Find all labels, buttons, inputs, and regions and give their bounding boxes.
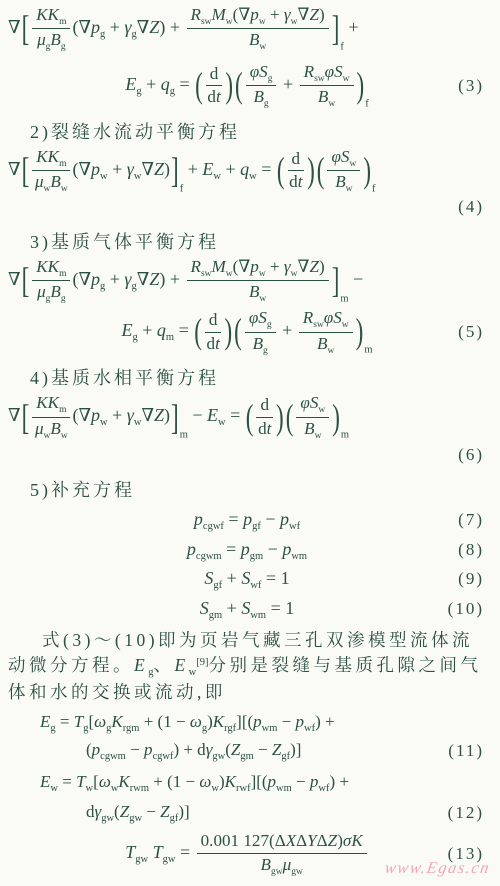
- math-run: E: [202, 159, 213, 179]
- math-run: t: [267, 419, 272, 438]
- delimiter: (: [316, 153, 326, 189]
- delimiter: (: [193, 314, 203, 350]
- math-run: (∇: [233, 257, 251, 276]
- math-run: φS: [300, 393, 318, 412]
- fraction-denominator: Bw: [249, 281, 266, 304]
- math-run: Z: [328, 831, 338, 850]
- subscript: sw: [313, 320, 324, 330]
- site-watermark: www.Egas.cn: [383, 858, 492, 878]
- math-run: =: [226, 405, 245, 425]
- body-paragraph-line-2: 动微分方程。Eg、Ew[9]分别是裂缝与基质孔隙之间气: [0, 652, 500, 679]
- equation-content: Eg = Tg[ωgKrgm + (1 − ωg)Krgf][(pwm − pw…: [40, 712, 335, 735]
- subscript: m: [59, 405, 66, 415]
- delimiter: ]: [170, 399, 180, 435]
- delimiter: [: [21, 11, 31, 47]
- subscript: cgwm: [100, 751, 126, 762]
- math-run: d: [207, 334, 216, 353]
- math-run: μ: [35, 172, 44, 191]
- math-run: B: [253, 334, 263, 353]
- fraction-numerator: φSw: [296, 393, 329, 417]
- math-run: (∇: [72, 405, 91, 425]
- subscript: m: [180, 430, 188, 441]
- math-run: (∇: [72, 269, 91, 289]
- math-run: = 1: [261, 568, 289, 588]
- math-run: Z: [154, 159, 164, 179]
- equation-content: 体和水的交换或流动,即: [8, 679, 226, 704]
- subscript: gw: [212, 751, 225, 762]
- equation-10: Sgm + Swm = 1(10): [0, 597, 500, 621]
- subscript: w: [61, 184, 68, 194]
- math-run: B: [249, 282, 259, 301]
- equation-content: Eg + qg = (ddt)(φSgBg + RswφSwBw)f: [125, 62, 368, 110]
- fraction: ddt: [206, 64, 223, 108]
- fraction: ddt: [288, 149, 305, 193]
- subscript: g: [267, 320, 272, 330]
- equation-number: (4): [458, 197, 484, 217]
- math-run: ): [319, 257, 325, 276]
- math-run: B: [50, 419, 60, 438]
- subscript: rgf: [224, 723, 236, 734]
- fraction-denominator: Bw: [318, 86, 335, 109]
- math-run: p: [268, 772, 277, 791]
- equation-content: dγgw(Zgw − Zgf)]: [86, 802, 190, 825]
- math-run: d: [86, 802, 95, 821]
- math-run: E: [207, 405, 218, 425]
- math-run: d: [258, 419, 267, 438]
- math-run: K: [118, 772, 129, 791]
- subscript: cgwf: [203, 521, 224, 532]
- math-run: 体和水的交换或流动,即: [8, 682, 226, 702]
- fraction: ddt: [256, 395, 273, 439]
- math-run: γ: [124, 269, 131, 289]
- math-run: t: [298, 172, 303, 191]
- math-run: γ: [124, 17, 131, 37]
- math-run: ][(: [236, 712, 253, 731]
- equation-content: Tgw Tgw = 0.001 127(ΔXΔYΔZ)σKBgwμgw: [125, 831, 368, 877]
- section-heading-matrix-water: 4)基质水相平衡方程: [0, 364, 500, 390]
- fraction-numerator: φSw: [327, 147, 360, 171]
- math-run: Z: [149, 17, 159, 37]
- math-run: p: [91, 17, 100, 37]
- equation-8: pcgwm = pgm − pwm(8): [0, 538, 500, 562]
- math-run: E: [174, 655, 188, 675]
- math-run: d: [292, 149, 301, 168]
- math-run: ) +: [315, 712, 335, 731]
- math-run: ): [319, 5, 325, 24]
- math-run: )]: [178, 802, 189, 821]
- math-run: −: [349, 269, 364, 289]
- section-heading-supplementary: 5)补充方程: [0, 476, 500, 502]
- fraction-denominator: Bg: [253, 333, 268, 356]
- math-run: S: [200, 598, 209, 618]
- math-run: ) + d: [173, 740, 205, 759]
- subscript: gf: [281, 751, 290, 762]
- math-run: K: [213, 712, 224, 731]
- math-run: KK: [36, 257, 59, 276]
- subscript: w: [327, 345, 334, 355]
- math-run: =: [224, 509, 243, 529]
- math-run: p: [91, 159, 100, 179]
- math-run: B: [50, 172, 60, 191]
- math-run: T: [74, 712, 83, 731]
- math-run: p: [250, 5, 259, 24]
- math-run: R: [304, 62, 314, 81]
- subscript: w: [100, 171, 108, 182]
- equation-number: (8): [458, 540, 484, 560]
- subscript: gm: [209, 610, 222, 621]
- math-run: ∇: [141, 159, 154, 179]
- equation-12-line-1: Ew = Tw[ωwKrwm + (1 − ωw)Krwf][(pwm − pw…: [0, 770, 500, 796]
- math-run: (∇: [233, 5, 251, 24]
- fraction: RswφSwBw: [299, 308, 353, 356]
- fraction-numerator: φSg: [245, 308, 276, 332]
- math-run: K: [225, 772, 236, 791]
- subscript: f: [180, 184, 184, 195]
- equation-number: (3): [458, 76, 484, 96]
- fraction-denominator: Bgwμgw: [261, 854, 303, 877]
- fraction-numerator: d: [256, 395, 273, 418]
- subscript: wf: [318, 783, 329, 794]
- subscript: wm: [250, 610, 266, 621]
- fraction-numerator: 0.001 127(ΔXΔYΔZ)σK: [197, 831, 367, 854]
- math-run: p: [194, 509, 203, 529]
- equation-11-line-2: (pcgwm − pcgwf) + dγgw(Zgm − Zgf)](11): [0, 738, 500, 764]
- math-run: ∇: [8, 17, 21, 37]
- math-run: B: [50, 282, 60, 301]
- delimiter: (: [194, 68, 204, 104]
- math-run: =: [58, 772, 76, 791]
- math-run: 0.001 127(: [201, 831, 275, 850]
- equation-6-line-1: ∇[KKmμwBw(∇pw + γw∇Z)]m − Ew = (ddt)(φSw…: [0, 392, 500, 442]
- math-run: =: [222, 539, 241, 559]
- subscript: gw: [129, 813, 142, 824]
- delimiter: ): [306, 153, 316, 189]
- fraction: φSwBw: [327, 147, 360, 195]
- math-run: R: [191, 5, 201, 24]
- math-run: γ: [127, 405, 134, 425]
- fraction-numerator: KKm: [32, 257, 70, 281]
- fraction-denominator: dt: [289, 171, 302, 193]
- math-run: p: [253, 712, 262, 731]
- math-run: +: [105, 269, 124, 289]
- math-run: ω: [190, 712, 202, 731]
- delimiter: ]: [170, 153, 180, 189]
- subscript: w: [211, 783, 219, 794]
- fraction-numerator: RswφSw: [299, 308, 353, 332]
- math-run: S: [241, 568, 250, 588]
- subscript: wm: [276, 783, 292, 794]
- fraction-numerator: KKm: [32, 5, 70, 29]
- math-run: −: [126, 740, 144, 759]
- math-run: ∇: [137, 269, 150, 289]
- equation-5-line-2: Eg + qm = (ddt)(φSgBg + RswφSwBw)m(5): [0, 308, 500, 356]
- fraction-numerator: RswφSw: [300, 62, 354, 86]
- subscript: w: [342, 320, 349, 330]
- subscript: w: [343, 74, 350, 84]
- equation-content: ∇[KKmμgBg(∇pg + γg∇Z) + RswMw(∇pw + γw∇Z…: [8, 257, 363, 305]
- subscript: g: [268, 74, 273, 84]
- subscript: m: [59, 269, 66, 279]
- math-run: −: [254, 740, 272, 759]
- fraction-denominator: dt: [207, 333, 220, 355]
- equation-content: (pcgwm − pcgwf) + dγgw(Zgm − Zgf)]: [86, 740, 301, 763]
- math-run: ][(: [251, 772, 268, 791]
- subscript: gw: [291, 867, 303, 877]
- delimiter: ): [223, 314, 233, 350]
- math-run: Z: [149, 269, 159, 289]
- math-run: T: [125, 842, 135, 862]
- superscript: [9]: [196, 658, 208, 669]
- fraction: φSgBg: [246, 62, 277, 110]
- subscript: w: [218, 417, 226, 428]
- subscript: gw: [163, 854, 176, 865]
- math-run: μ: [37, 30, 46, 49]
- math-run: φS: [249, 308, 267, 327]
- math-run: E: [122, 320, 133, 340]
- subscript: w: [226, 17, 233, 27]
- subscript: wf: [250, 580, 261, 591]
- math-run: p: [187, 539, 196, 559]
- math-run: μ: [35, 419, 44, 438]
- math-run: ) +: [159, 17, 184, 37]
- equation-content: pcgwf = pgf − pwf: [194, 509, 300, 533]
- subscript: f: [340, 42, 344, 53]
- equation-content: Sgm + Swm = 1: [200, 598, 294, 622]
- delimiter: (: [245, 399, 255, 435]
- math-run: B: [249, 30, 259, 49]
- math-run: + (1 −: [149, 772, 199, 791]
- equation-12-line-2: dγgw(Zgw − Zgf)](12): [0, 800, 500, 826]
- math-run: γ: [284, 5, 291, 24]
- body-paragraph-line-1: 式(3)～(10)即为页岩气藏三孔双渗模型流体流: [0, 627, 500, 652]
- fraction-numerator: d: [205, 310, 222, 333]
- math-run: =: [257, 159, 276, 179]
- subscript: g: [263, 345, 268, 355]
- equation-3-line-1: ∇[KKmμgBg(∇pg + γg∇Z) + RswMw(∇pw + γw∇Z…: [0, 4, 500, 54]
- subscript: m: [364, 345, 372, 356]
- subscript: w: [249, 171, 257, 182]
- math-run: +: [142, 74, 161, 94]
- math-run: B: [304, 419, 314, 438]
- equation-5-line-1: ∇[KKmμgBg(∇pg + γg∇Z) + RswMw(∇pw + γw∇Z…: [0, 256, 500, 306]
- math-run: Z: [231, 740, 240, 759]
- fraction-denominator: Bw: [335, 171, 352, 194]
- subscript: w: [50, 783, 58, 794]
- math-run: Z: [309, 257, 319, 276]
- math-run: ) +: [329, 772, 349, 791]
- fraction-denominator: μwBw: [35, 418, 68, 441]
- math-run: +: [266, 257, 284, 276]
- equation-content: 动微分方程。Eg、Ew[9]分别是裂缝与基质孔隙之间气: [8, 652, 482, 679]
- subscript: w: [318, 405, 325, 415]
- math-run: φS: [325, 62, 343, 81]
- math-run: =: [175, 842, 194, 862]
- subscript: w: [291, 17, 298, 27]
- math-run: KK: [36, 5, 59, 24]
- fraction: 0.001 127(ΔXΔYΔZ)σKBgwμgw: [197, 831, 367, 877]
- subscript: f: [372, 184, 376, 195]
- fraction: RswMw(∇pw + γw∇Z)Bw: [187, 257, 329, 305]
- equation-content: Sgf + Swf = 1: [204, 568, 289, 592]
- math-run: )]: [290, 740, 301, 759]
- math-run: =: [56, 712, 74, 731]
- delimiter: ): [356, 68, 366, 104]
- fraction: KKmμwBw: [32, 147, 70, 195]
- subscript: m: [340, 294, 348, 305]
- equation-content: Eg + qm = (ddt)(φSgBg + RswφSwBw)m: [122, 308, 373, 356]
- fraction: KKmμwBw: [32, 393, 70, 441]
- math-run: Y: [307, 831, 317, 850]
- subscript: cgwf: [152, 751, 173, 762]
- math-run: X: [286, 831, 296, 850]
- math-run: p: [241, 539, 250, 559]
- math-run: 、: [153, 655, 174, 675]
- subscript: gm: [240, 751, 253, 762]
- math-run: Z: [272, 740, 281, 759]
- equation-number: (11): [448, 741, 484, 761]
- fraction: RswφSwBw: [300, 62, 354, 110]
- equation-content: 式(3)～(10)即为页岩气藏三孔双渗模型流体流: [42, 627, 473, 652]
- math-run: p: [243, 509, 252, 529]
- subscript: w: [259, 42, 266, 52]
- math-run: +: [344, 17, 359, 37]
- math-run: p: [92, 740, 101, 759]
- math-run: E: [40, 712, 50, 731]
- equation-4-line-1: ∇[KKmμwBw(∇pw + γw∇Z)]f + Ew + qw = (ddt…: [0, 146, 500, 196]
- subscript: rwf: [236, 783, 251, 794]
- math-run: B: [253, 87, 263, 106]
- fraction-denominator: μgBg: [37, 29, 66, 52]
- subscript: gw: [135, 854, 148, 865]
- math-run: −: [292, 772, 310, 791]
- fraction-denominator: Bw: [317, 333, 334, 356]
- fraction-numerator: KKm: [32, 147, 70, 171]
- subscript: gm: [250, 551, 263, 562]
- equation-content: ∇[KKmμwBw(∇pw + γw∇Z)]m − Ew = (ddt)(φSw…: [8, 393, 349, 441]
- math-run: p: [282, 539, 291, 559]
- math-run: q: [240, 159, 249, 179]
- math-run: T: [76, 772, 85, 791]
- math-run: +: [183, 159, 202, 179]
- subscript: gf: [252, 521, 261, 532]
- math-run: ∇: [8, 405, 21, 425]
- equation-11-line-1: Eg = Tg[ωgKrgm + (1 − ωg)Krgf][(pwm − pw…: [0, 710, 500, 736]
- math-run: p: [280, 509, 289, 529]
- fraction: φSwBw: [296, 393, 329, 441]
- math-run: KK: [36, 147, 59, 166]
- math-run: + (1 −: [139, 712, 189, 731]
- delimiter: ): [331, 399, 341, 435]
- math-run: ∇: [137, 17, 150, 37]
- delimiter: [: [21, 263, 31, 299]
- math-run: ω: [94, 712, 106, 731]
- subscript: gf: [213, 580, 222, 591]
- math-run: B: [261, 855, 271, 874]
- equation-content: Ew = Tw[ωwKrwm + (1 − ωw)Krwf][(pwm − pw…: [40, 772, 349, 795]
- equation-3-line-2: Eg + qg = (ddt)(φSgBg + RswφSwBw)f(3): [0, 62, 500, 110]
- math-run: B: [317, 334, 327, 353]
- math-run: B: [318, 87, 328, 106]
- subscript: m: [59, 17, 66, 27]
- delimiter: ]: [331, 11, 341, 47]
- subscript: w: [100, 417, 108, 428]
- fraction-denominator: dt: [207, 86, 220, 108]
- math-run: γ: [127, 159, 134, 179]
- math-run: Z: [160, 802, 169, 821]
- math-run: +: [108, 405, 127, 425]
- subscript: w: [346, 184, 353, 194]
- fraction-numerator: φSg: [246, 62, 277, 86]
- delimiter: ): [275, 399, 285, 435]
- math-run: (∇: [72, 17, 91, 37]
- subscript: m: [166, 332, 174, 343]
- fraction: RswMw(∇pw + γw∇Z)Bw: [187, 5, 329, 53]
- math-run: Z: [120, 802, 129, 821]
- math-run: B: [50, 30, 60, 49]
- fraction: KKmμgBg: [32, 5, 70, 53]
- math-run: E: [134, 655, 148, 675]
- subscript: f: [365, 99, 369, 110]
- math-run: p: [295, 712, 304, 731]
- delimiter: [: [21, 153, 31, 189]
- math-run: K: [111, 712, 122, 731]
- math-run: φS: [250, 62, 268, 81]
- subscript: gw: [271, 867, 283, 877]
- fraction-denominator: μgBg: [37, 281, 66, 304]
- math-run: −: [263, 539, 282, 559]
- body-paragraph-line-3: 体和水的交换或流动,即: [0, 679, 500, 704]
- math-run: =: [175, 74, 194, 94]
- math-run: +: [278, 320, 297, 340]
- math-run: +: [266, 5, 284, 24]
- subscript: w: [189, 668, 197, 679]
- math-run: γ: [284, 257, 291, 276]
- math-run: μ: [37, 282, 46, 301]
- math-run: q: [161, 74, 170, 94]
- fraction-numerator: d: [206, 64, 223, 87]
- math-run: t: [216, 87, 221, 106]
- math-run: Δ: [317, 831, 328, 850]
- math-run: ∇: [298, 5, 310, 24]
- subscript: m: [341, 430, 349, 441]
- math-run: M: [212, 5, 226, 24]
- delimiter: ): [355, 314, 365, 350]
- subscript: w: [61, 430, 68, 440]
- fraction-numerator: RswMw(∇pw + γw∇Z): [187, 5, 329, 29]
- math-run: B: [335, 172, 345, 191]
- math-run: ∇: [8, 269, 21, 289]
- math-run: Δ: [296, 831, 307, 850]
- subscript: w: [315, 430, 322, 440]
- fraction-denominator: Bg: [253, 86, 268, 109]
- math-run: −: [142, 802, 160, 821]
- math-run: Z: [154, 405, 164, 425]
- math-run: KK: [36, 393, 59, 412]
- math-run: Z: [309, 5, 319, 24]
- math-run: −: [277, 712, 295, 731]
- math-run: p: [91, 269, 100, 289]
- math-run: ∇: [8, 159, 21, 179]
- math-run: +: [221, 159, 240, 179]
- delimiter: (: [285, 399, 295, 435]
- subscript: sw: [314, 74, 325, 84]
- subscript: cgwm: [196, 551, 222, 562]
- subscript: w: [259, 269, 266, 279]
- math-run: S: [241, 598, 250, 618]
- delimiter: [: [21, 399, 31, 435]
- subscript: rgm: [123, 723, 140, 734]
- math-run: −: [188, 405, 207, 425]
